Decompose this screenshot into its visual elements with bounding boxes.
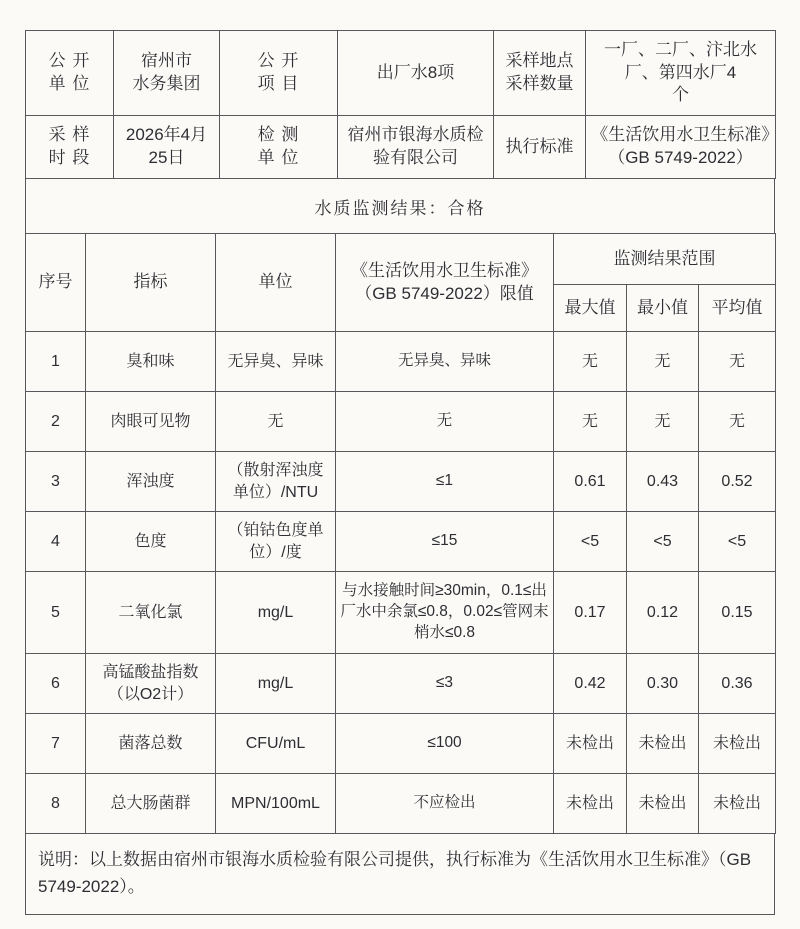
cell-max: 未检出 [554,774,627,834]
cell-min: 无 [627,392,699,452]
cell-limit: ≤15 [336,512,554,572]
cell-limit: 无异臭、异味 [336,332,554,392]
cell-limit: ≤1 [336,452,554,512]
col-header-min: 最小值 [627,285,699,332]
cell-max: 未检出 [554,714,627,774]
cell-max: 0.17 [554,572,627,654]
cell-indicator: 二氧化氯 [86,572,216,654]
cell-limit: 不应检出 [336,774,554,834]
cell-min: 未检出 [627,774,699,834]
water-quality-report: 公 开 单 位 宿州市 水务集团 公 开 项 目 出厂水8项 采样地点 采样数量… [25,30,775,915]
cell-unit: （铂钴色度单位）/度 [216,512,336,572]
cell-min: 0.43 [627,452,699,512]
cell-unit: 无异臭、异味 [216,332,336,392]
table-row: 7 菌落总数 CFU/mL ≤100 未检出 未检出 未检出 [26,714,776,774]
col-header-max: 最大值 [554,285,627,332]
result-banner: 水质监测结果：合格 [25,179,775,233]
cell-max: 0.42 [554,654,627,714]
cell-min: 0.12 [627,572,699,654]
cell-unit: 无 [216,392,336,452]
table-row: 4 色度 （铂钴色度单位）/度 ≤15 <5 <5 <5 [26,512,776,572]
cell-no: 3 [26,452,86,512]
cell-indicator: 肉眼可见物 [86,392,216,452]
info-row-2: 采 样 时 段 2026年4月25日 检 测 单 位 宿州市银海水质检验有限公司… [26,116,776,179]
cell-limit: 与水接触时间≥30min，0.1≤出厂水中余氯≤0.8，0.02≤管网末梢水≤0… [336,572,554,654]
cell-min: 0.30 [627,654,699,714]
indicator-table: 序号 指标 单位 《生活饮用水卫生标准》 （GB 5749-2022）限值 监测… [25,233,776,834]
test-unit-value: 宿州市银海水质检验有限公司 [338,116,494,179]
col-header-limit: 《生活饮用水卫生标准》 （GB 5749-2022）限值 [336,234,554,332]
cell-avg: 未检出 [699,774,776,834]
cell-limit: ≤3 [336,654,554,714]
sampling-value: 一厂、二厂、汴北水 厂、第四水厂4 个 [586,31,776,116]
standard-label: 执行标准 [494,116,586,179]
cell-indicator: 浑浊度 [86,452,216,512]
cell-avg: 0.52 [699,452,776,512]
cell-unit: mg/L [216,572,336,654]
header-row-top: 序号 指标 单位 《生活饮用水卫生标准》 （GB 5749-2022）限值 监测… [26,234,776,285]
cell-unit: mg/L [216,654,336,714]
cell-indicator: 菌落总数 [86,714,216,774]
col-header-indicator: 指标 [86,234,216,332]
cell-avg: <5 [699,512,776,572]
sampling-time-value: 2026年4月25日 [114,116,220,179]
footer-note: 说明：以上数据由宿州市银海水质检验有限公司提供，执行标准为《生活饮用水卫生标准》… [25,834,775,915]
col-header-no: 序号 [26,234,86,332]
public-unit-label: 公 开 单 位 [26,31,114,116]
cell-max: <5 [554,512,627,572]
cell-min: 无 [627,332,699,392]
col-header-range: 监测结果范围 [554,234,776,285]
report-info-table: 公 开 单 位 宿州市 水务集团 公 开 项 目 出厂水8项 采样地点 采样数量… [25,30,776,179]
public-project-value: 出厂水8项 [338,31,494,116]
standard-value: 《生活饮用水卫生标准》（GB 5749-2022） [586,116,776,179]
test-unit-label: 检 测 单 位 [220,116,338,179]
table-row: 3 浑浊度 （散射浑浊度单位）/NTU ≤1 0.61 0.43 0.52 [26,452,776,512]
cell-no: 7 [26,714,86,774]
cell-avg: 无 [699,392,776,452]
public-project-label: 公 开 项 目 [220,31,338,116]
table-row: 5 二氧化氯 mg/L 与水接触时间≥30min，0.1≤出厂水中余氯≤0.8，… [26,572,776,654]
col-header-avg: 平均值 [699,285,776,332]
cell-unit: CFU/mL [216,714,336,774]
cell-indicator: 总大肠菌群 [86,774,216,834]
cell-indicator: 高锰酸盐指数（以O2计） [86,654,216,714]
cell-indicator: 臭和味 [86,332,216,392]
cell-limit: ≤100 [336,714,554,774]
cell-no: 1 [26,332,86,392]
sampling-time-label: 采 样 时 段 [26,116,114,179]
cell-no: 8 [26,774,86,834]
cell-no: 4 [26,512,86,572]
public-unit-value: 宿州市 水务集团 [114,31,220,116]
cell-limit: 无 [336,392,554,452]
cell-no: 5 [26,572,86,654]
cell-unit: （散射浑浊度单位）/NTU [216,452,336,512]
cell-no: 6 [26,654,86,714]
cell-max: 无 [554,392,627,452]
col-header-unit: 单位 [216,234,336,332]
table-row: 1 臭和味 无异臭、异味 无异臭、异味 无 无 无 [26,332,776,392]
cell-min: 未检出 [627,714,699,774]
info-row-1: 公 开 单 位 宿州市 水务集团 公 开 项 目 出厂水8项 采样地点 采样数量… [26,31,776,116]
sampling-label: 采样地点 采样数量 [494,31,586,116]
cell-min: <5 [627,512,699,572]
cell-unit: MPN/100mL [216,774,336,834]
cell-max: 0.61 [554,452,627,512]
cell-max: 无 [554,332,627,392]
table-row: 2 肉眼可见物 无 无 无 无 无 [26,392,776,452]
cell-indicator: 色度 [86,512,216,572]
cell-avg: 0.15 [699,572,776,654]
cell-avg: 0.36 [699,654,776,714]
table-row: 6 高锰酸盐指数（以O2计） mg/L ≤3 0.42 0.30 0.36 [26,654,776,714]
cell-no: 2 [26,392,86,452]
cell-avg: 未检出 [699,714,776,774]
table-row: 8 总大肠菌群 MPN/100mL 不应检出 未检出 未检出 未检出 [26,774,776,834]
cell-avg: 无 [699,332,776,392]
